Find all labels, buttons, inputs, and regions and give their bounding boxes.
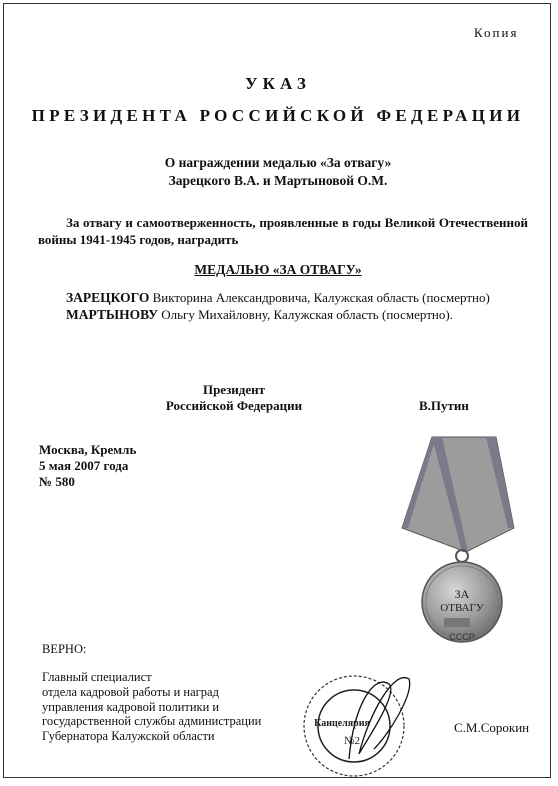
award-title: МЕДАЛЬЮ «ЗА ОТВАГУ»: [4, 262, 552, 278]
certification-label: ВЕРНО:: [42, 642, 86, 657]
signature-name: В.Путин: [419, 398, 469, 414]
svg-text:СССР: СССР: [449, 632, 475, 642]
signature-role: Президент Российской Федерации: [144, 382, 324, 414]
awardee: ЗАРЕЦКОГО Викторина Александровича, Калу…: [66, 289, 490, 306]
date: 5 мая 2007 года: [39, 458, 136, 474]
svg-text:ОТВАГУ: ОТВАГУ: [440, 602, 484, 614]
certifier-position: Главный специалист отдела кадровой работ…: [42, 670, 261, 744]
body-paragraph: За отвагу и самоотверженность, проявленн…: [38, 214, 528, 248]
official-stamp: Канцелярия №2: [294, 664, 434, 784]
subject-line-2: Зарецкого В.А. и Мартыновой О.М.: [4, 172, 552, 190]
decree-number: № 580: [39, 474, 136, 490]
svg-text:Канцелярия: Канцелярия: [314, 718, 370, 729]
document-subtitle: ПРЕЗИДЕНТА РОССИЙСКОЙ ФЕДЕРАЦИИ: [4, 106, 552, 126]
svg-text:ЗА: ЗА: [455, 587, 470, 601]
copy-mark: Копия: [474, 25, 518, 41]
document-page: Копия УКАЗ ПРЕЗИДЕНТА РОССИЙСКОЙ ФЕДЕРАЦ…: [3, 3, 551, 778]
document-title: УКАЗ: [4, 74, 552, 94]
medal-image: ЗА ОТВАГУ СССР: [384, 434, 524, 654]
awardee: МАРТЫНОВУ Ольгу Михайловну, Калужская об…: [66, 306, 490, 323]
awardees-list: ЗАРЕЦКОГО Викторина Александровича, Калу…: [66, 289, 490, 323]
subject-line-1: О награждении медалью «За отвагу»: [4, 154, 552, 172]
certifier-name: С.М.Сорокин: [454, 720, 529, 736]
place: Москва, Кремль: [39, 442, 136, 458]
place-date: Москва, Кремль 5 мая 2007 года № 580: [39, 442, 136, 490]
subject: О награждении медалью «За отвагу» Зарецк…: [4, 154, 552, 190]
